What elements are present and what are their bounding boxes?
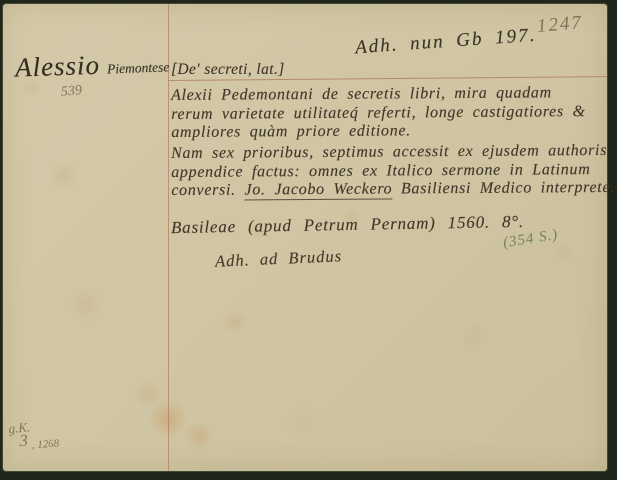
line6-prefix: conversi. xyxy=(171,181,244,199)
author-heading: AlessioPiemontese xyxy=(15,47,170,83)
description-line-3: ampliores quàm priore editione. xyxy=(171,121,586,142)
description-line-1: Alexii Pedemontani de secretis libri, mi… xyxy=(171,84,586,105)
shelfmark-note: Adh. nun Gb 197. xyxy=(354,25,537,60)
catalog-card: AlessioPiemontese 539 Adh. nun Gb 197. 1… xyxy=(3,4,607,471)
author-name: Alessio xyxy=(15,50,101,83)
author-qualifier: Piemontese xyxy=(107,59,170,76)
bound-with-note: Adh. ad Brudus xyxy=(215,246,343,272)
scan-background: AlessioPiemontese 539 Adh. nun Gb 197. 1… xyxy=(0,0,617,480)
description-line-6: conversi. Jo. Jacobo Weckero Basiliensi … xyxy=(171,179,615,201)
translator-name-underlined: Jo. Jacobo Weckero xyxy=(244,180,392,200)
description-block-2: Nam sex prioribus, septimus accessit ex … xyxy=(171,142,615,201)
description-block-1: Alexii Pedemontani de secretis libri, mi… xyxy=(171,84,586,142)
uniform-title: [De' secreti, lat.] xyxy=(171,61,285,79)
accession-number-pencil: 1247 xyxy=(536,12,584,38)
description-line-4: Nam sex prioribus, septimus accessit ex … xyxy=(171,142,615,164)
line6-suffix: Basiliensi Medico interprete. xyxy=(392,179,615,198)
description-line-2: rerum varietate utilitateq́ referti, lon… xyxy=(171,103,586,124)
owner-mark-number-small: , 1268 xyxy=(31,437,59,451)
heading-number-pencil: 539 xyxy=(60,83,82,101)
owner-mark-number-big: 3 xyxy=(19,431,29,452)
imprint-line: Basileae (apud Petrum Pernam) 1560. 8°. xyxy=(171,212,524,238)
